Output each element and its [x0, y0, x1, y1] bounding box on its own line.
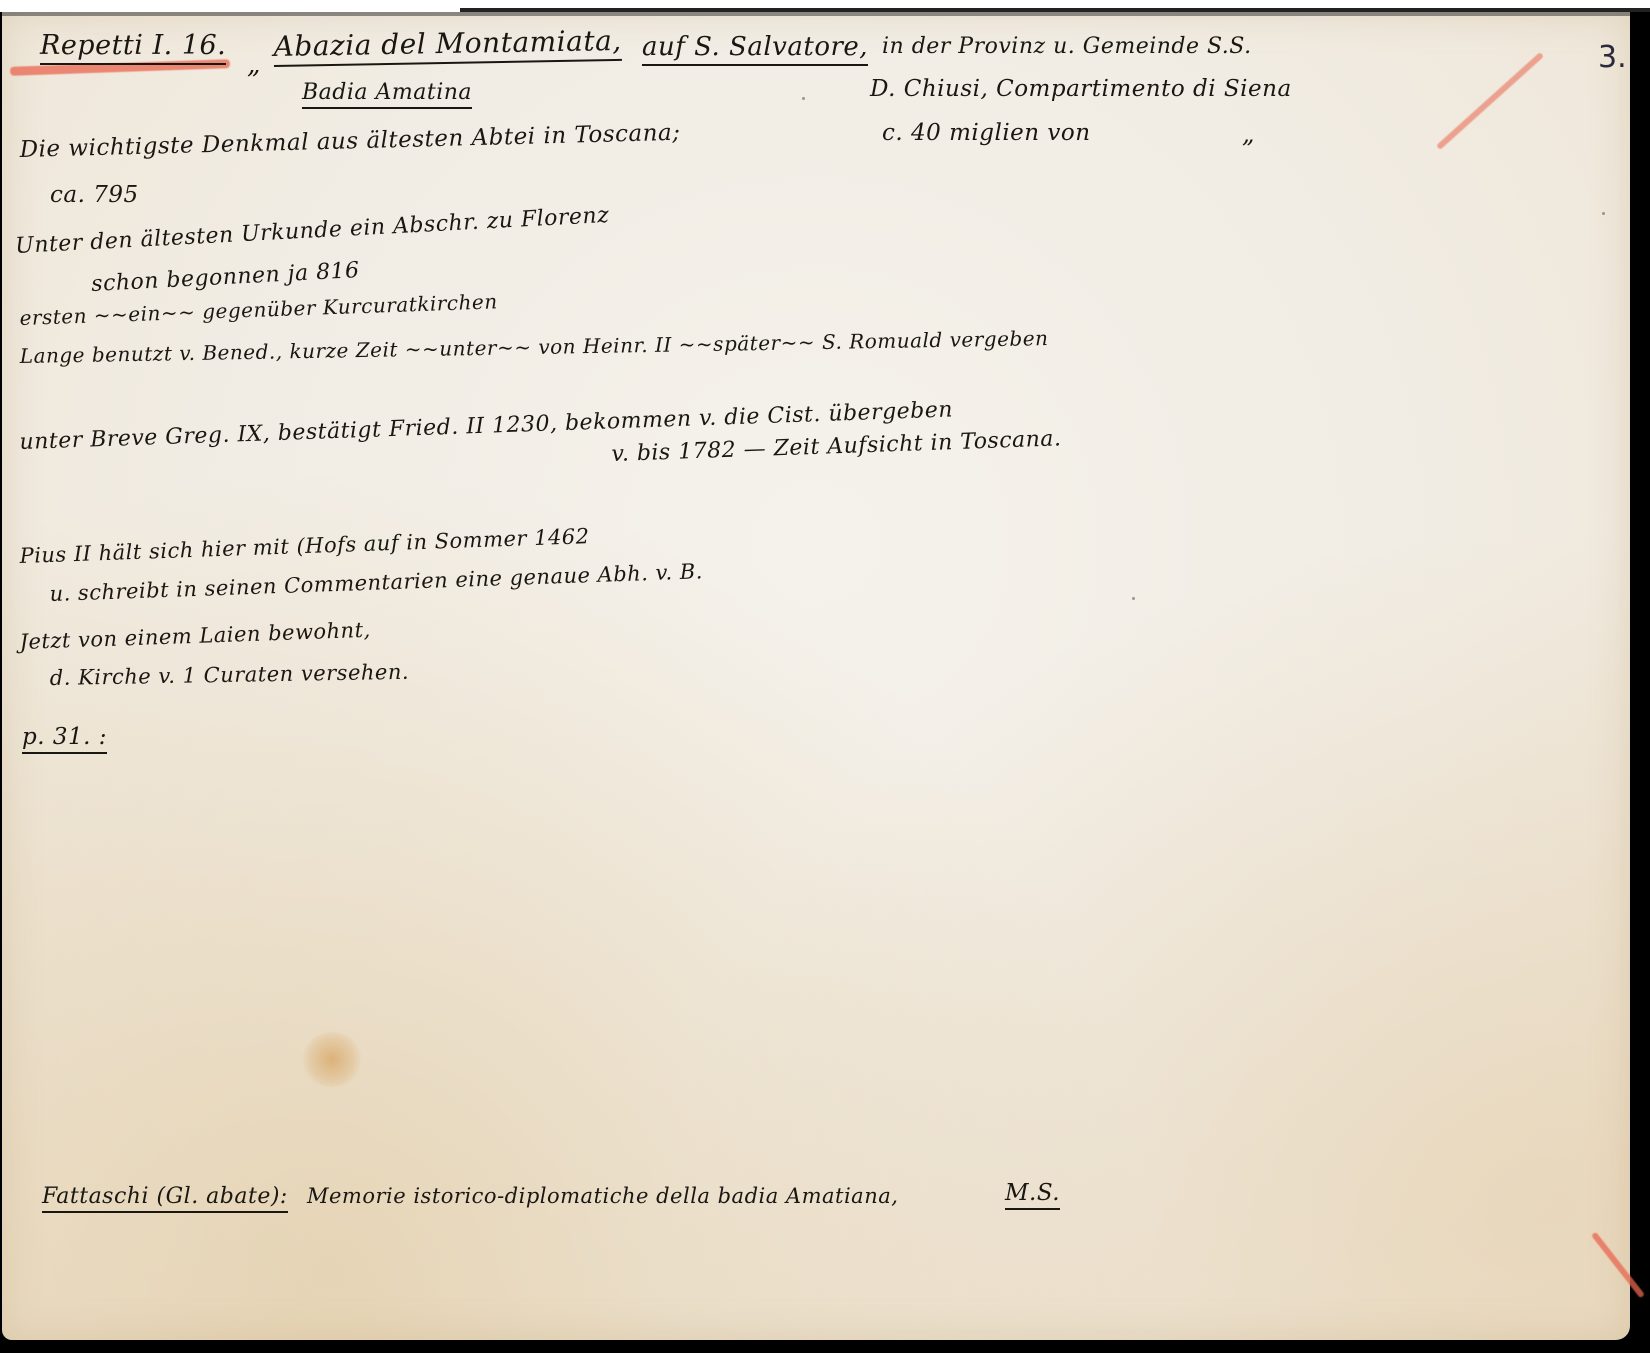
manuscript-line: ca. 795 — [50, 182, 139, 208]
abbey-alt-name: Badia Amatina — [302, 80, 472, 109]
citation-author: Fattaschi (Gl. abate): — [42, 1184, 288, 1213]
manuscript-page: 3. Repetti I. 16. „ Abazia del Montamiat… — [2, 12, 1630, 1340]
abbey-title: Abazia del Montamiata, — [273, 24, 622, 67]
page-reference: p. 31. : — [22, 724, 107, 754]
manuscript-line: u. schreibt in seinen Commentarien eine … — [49, 559, 703, 606]
manuscript-line: schon begonnen ja 816 — [91, 258, 361, 297]
red-pencil-mark-bottom-right — [1591, 1232, 1645, 1299]
manuscript-line: d. Kirche v. 1 Curaten versehen. — [50, 660, 410, 690]
manuscript-line: Die wichtigste Denkmal aus ältesten Abte… — [19, 120, 680, 163]
diocese-note: D. Chiusi, Compartimento di Siena — [870, 76, 1292, 102]
page-number: 3. — [1598, 40, 1627, 75]
manuscript-line: Pius II hält sich hier mit (Hofs auf in … — [19, 524, 590, 568]
paper-stain — [302, 1032, 362, 1087]
red-pencil-mark-top-right — [1436, 52, 1544, 150]
paper-speck — [1132, 597, 1135, 600]
opening-quote: „ — [247, 50, 261, 80]
paper-speck — [1602, 212, 1605, 215]
reference-repetti: Repetti I. 16. — [40, 30, 226, 65]
manuscript-line: Lange benutzt v. Bened., kurze Zeit ~~un… — [20, 326, 1049, 368]
manuscript-line: Jetzt von einem Laien bewohnt, — [19, 618, 371, 654]
citation-title: Memorie istorico-diplomatiche della badi… — [307, 1184, 898, 1208]
abbey-location: in der Provinz u. Gemeinde S.S. — [882, 34, 1252, 59]
manuscript-line: v. bis 1782 — Zeit Aufsicht in Toscana. — [611, 426, 1062, 467]
citation-ms: M.S. — [1005, 1180, 1060, 1210]
paper-speck — [802, 97, 805, 100]
abbey-dedication: auf S. Salvatore, — [642, 32, 868, 66]
scan-top-margin — [0, 0, 1650, 12]
manuscript-line: Unter den ältesten Urkunde ein Abschr. z… — [15, 203, 610, 259]
distance-note: c. 40 miglien von — [882, 120, 1091, 146]
ditto-mark: „ — [1242, 120, 1255, 148]
